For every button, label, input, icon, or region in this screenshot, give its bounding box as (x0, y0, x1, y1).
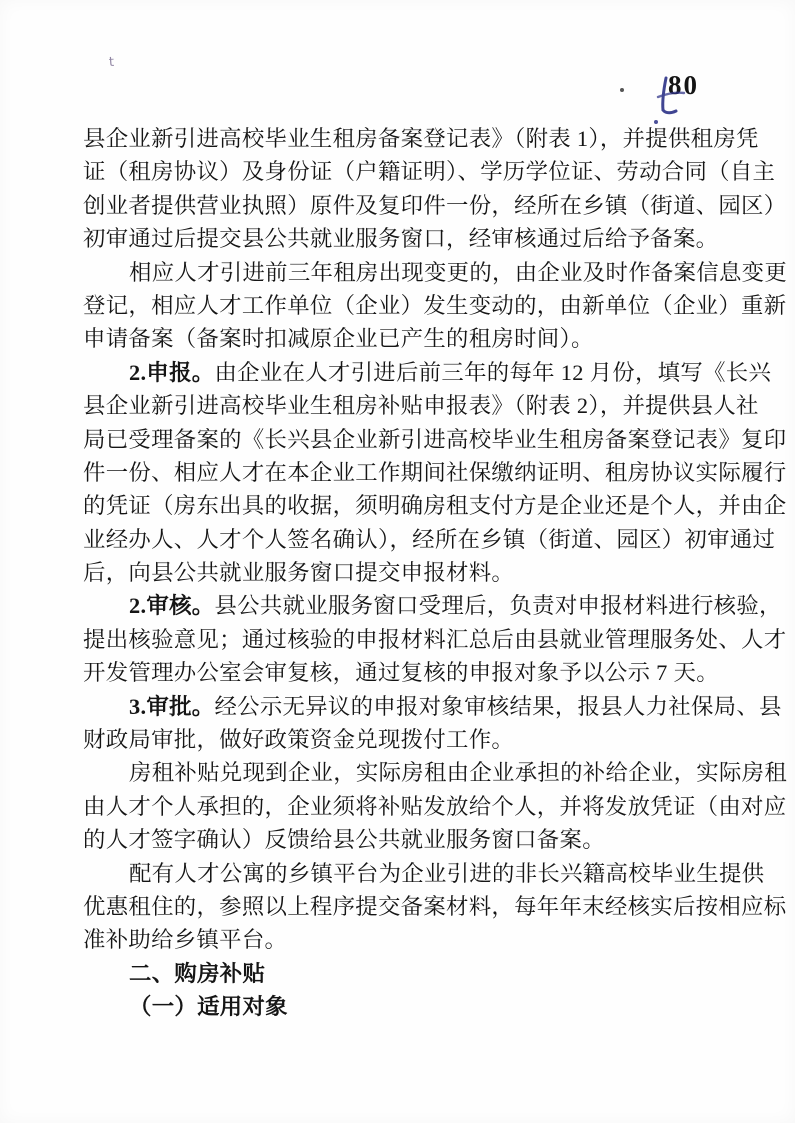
text-run: 经公示无异议的申报对象审核结果，报县人力社保局、县 (214, 694, 781, 719)
text-line: 县企业新引进高校毕业生租房补贴申报表》（附表 2），并提供县人社 (83, 389, 731, 422)
text-run: 提出核验意见；通过核验的申报材料汇总后由县就业管理服务处、人才 (83, 627, 786, 652)
text-run: 房租补贴兑现到企业，实际房租由企业承担的补给企业，实际房租 (129, 760, 787, 785)
text-line: 业经办人、人才个人签名确认），经所在乡镇（街道、园区）初审通过 (83, 523, 731, 556)
text-run: 创业者提供营业执照）原件及复印件一份，经所在乡镇（街道、园区） (83, 193, 786, 218)
text-line: 准补助给乡镇平台。 (83, 923, 731, 956)
text-line: 由人才个人承担的，企业须将补贴发放给个人，并将发放凭证（由对应 (83, 790, 731, 823)
stray-ink-mark: t (108, 55, 114, 70)
bold-run: 2.申报。 (129, 360, 214, 385)
text-line: 2.审核。县公共就业服务窗口受理后，负责对申报材料进行核验， (83, 589, 731, 622)
text-line: 3.审批。经公示无异议的申报对象审核结果，报县人力社保局、县 (83, 690, 731, 723)
text-line: 优惠租住的，参照以上程序提交备案材料，每年年末经核实后按相应标 (83, 890, 731, 923)
text-run: 初审通过后提交县公共就业服务窗口，经审核通过后给予备案。 (83, 226, 718, 251)
text-line: 局已受理备案的《长兴县企业新引进高校毕业生租房备案登记表》复印 (83, 423, 731, 456)
text-line: 县企业新引进高校毕业生租房备案登记表》（附表 1），并提供租房凭 (83, 122, 731, 155)
text-line: 的人才签字确认）反馈给县公共就业服务窗口备案。 (83, 823, 731, 856)
text-run: 县企业新引进高校毕业生租房备案登记表》（附表 1），并提供租房凭 (83, 126, 759, 151)
text-run: 准补助给乡镇平台。 (83, 927, 287, 952)
text-run: 业经办人、人才个人签名确认），经所在乡镇（街道、园区）初审通过 (83, 527, 775, 552)
text-run: 财政局审批，做好政策资金兑现拨付工作。 (83, 727, 514, 752)
document-body-text: 县企业新引进高校毕业生租房备案登记表》（附表 1），并提供租房凭证（租房协议）及… (83, 122, 731, 1024)
text-line: 开发管理办公室会审复核，通过复核的申报对象予以公示 7 天。 (83, 656, 731, 689)
bold-run: 二、购房补贴 (129, 961, 265, 986)
text-line: 2.申报。由企业在人才引进后前三年的每年 12 月份，填写《长兴 (83, 356, 731, 389)
bold-run: （一）适用对象 (129, 994, 288, 1019)
text-run: 的人才签字确认）反馈给县公共就业服务窗口备案。 (83, 827, 605, 852)
text-line: 二、购房补贴 (83, 957, 731, 990)
text-line: 后，向县公共就业服务窗口提交申报材料。 (83, 556, 731, 589)
text-run: 开发管理办公室会审复核，通过复核的申报对象予以公示 7 天。 (83, 660, 719, 685)
bold-run: 2.审核。 (129, 593, 214, 618)
stray-dot (620, 88, 624, 92)
text-run: 配有人才公寓的乡镇平台为企业引进的非长兴籍高校毕业生提供 (129, 861, 764, 886)
text-line: 创业者提供营业执照）原件及复印件一份，经所在乡镇（街道、园区） (83, 189, 731, 222)
text-line: 房租补贴兑现到企业，实际房租由企业承担的补给企业，实际房租 (83, 756, 731, 789)
page-number: 80 (668, 70, 699, 101)
text-line: 初审通过后提交县公共就业服务窗口，经审核通过后给予备案。 (83, 222, 731, 255)
text-line: 登记，相应人才工作单位（企业）发生变动的，由新单位（企业）重新 (83, 289, 731, 322)
text-run: 优惠租住的，参照以上程序提交备案材料，每年年末经核实后按相应标 (83, 894, 786, 919)
text-run: 后，向县公共就业服务窗口提交申报材料。 (83, 560, 514, 585)
scanned-document-page: t 80 县企业新引进高校毕业生租房备案登记表》（附表 1），并提供租房凭证（租… (0, 0, 795, 1123)
text-run: 件一份、相应人才在本企业工作期间社保缴纳证明、租房协议实际履行 (83, 460, 786, 485)
text-run: 局已受理备案的《长兴县企业新引进高校毕业生租房备案登记表》复印 (83, 427, 786, 452)
text-run: 相应人才引进前三年租房出现变更的，由企业及时作备案信息变更 (129, 260, 787, 285)
text-line: 提出核验意见；通过核验的申报材料汇总后由县就业管理服务处、人才 (83, 623, 731, 656)
text-line: 申请备案（备案时扣减原企业已产生的租房时间）。 (83, 322, 731, 355)
text-run: 证（租房协议）及身份证（户籍证明）、学历学位证、劳动合同（自主 (83, 159, 775, 184)
text-line: 证（租房协议）及身份证（户籍证明）、学历学位证、劳动合同（自主 (83, 155, 731, 188)
text-run: 申请备案（备案时扣减原企业已产生的租房时间）。 (83, 326, 594, 351)
text-line: 财政局审批，做好政策资金兑现拨付工作。 (83, 723, 731, 756)
bold-run: 3.审批。 (129, 694, 214, 719)
text-line: 的凭证（房东出具的收据，须明确房租支付方是企业还是个人，并由企 (83, 489, 731, 522)
text-run: 登记，相应人才工作单位（企业）发生变动的，由新单位（企业）重新 (83, 293, 786, 318)
text-line: 配有人才公寓的乡镇平台为企业引进的非长兴籍高校毕业生提供 (83, 857, 731, 890)
text-run: 的凭证（房东出具的收据，须明确房租支付方是企业还是个人，并由企 (83, 493, 786, 518)
text-line: 相应人才引进前三年租房出现变更的，由企业及时作备案信息变更 (83, 256, 731, 289)
text-run: 县公共就业服务窗口受理后，负责对申报材料进行核验， (214, 593, 781, 618)
text-run: 由企业在人才引进后前三年的每年 12 月份，填写《长兴 (214, 360, 771, 385)
text-run: 县企业新引进高校毕业生租房补贴申报表》（附表 2），并提供县人社 (83, 393, 759, 418)
text-line: （一）适用对象 (83, 990, 731, 1023)
text-run: 由人才个人承担的，企业须将补贴发放给个人，并将发放凭证（由对应 (83, 794, 786, 819)
text-line: 件一份、相应人才在本企业工作期间社保缴纳证明、租房协议实际履行 (83, 456, 731, 489)
